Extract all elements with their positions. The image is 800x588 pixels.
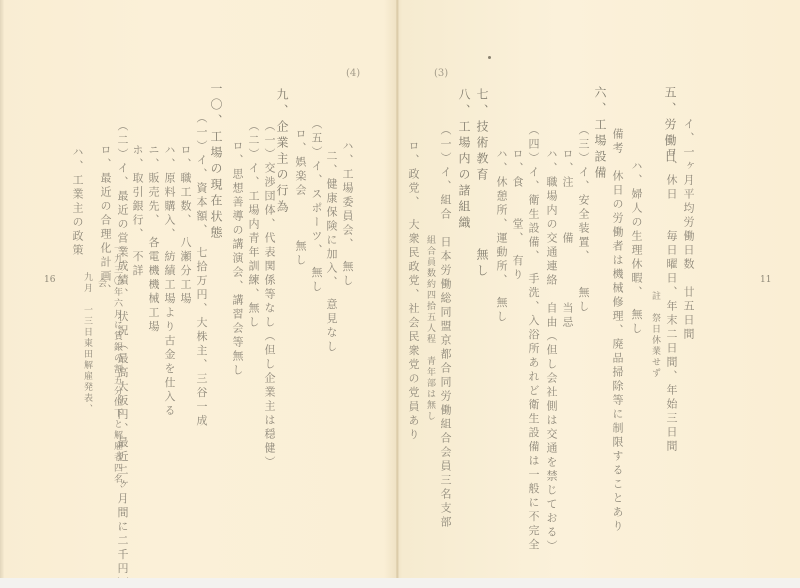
left-col-13: ホ、取引銀行、 不詳 <box>132 144 143 279</box>
document-spread: (3) 五、労働日 イ、一ヶ月平均労働日数 廿五日間 ロ、休日 毎日曜日、年末二… <box>0 0 800 578</box>
section-10-heading: 一〇、工場の現在状態 <box>210 82 222 242</box>
right-col-1: イ、一ヶ月平均労働日数 廿五日間 <box>683 118 694 342</box>
left-col-11: ハ、原料購入、 紡績工場より古金を仕入る <box>164 144 175 419</box>
left-col-1: 二、健康保険に加入、 意見なし <box>326 150 337 355</box>
left-col-17: 会 <box>96 234 105 289</box>
left-col-3: ロ、娯楽会 無し <box>295 128 306 268</box>
right-col-11: ロ、食 堂、 有り <box>512 148 523 283</box>
scan-margin <box>0 578 800 588</box>
left-col-7: ロ、思想善導の講演会、講習会等無し <box>232 140 243 378</box>
edge-mark-left: 16 <box>44 275 55 285</box>
left-col-10: ロ、職工数、 八瀬分工場 <box>180 144 191 307</box>
section-7-heading: 七、技術教育 無し <box>476 88 488 280</box>
left-col-6: （二）イ、工場内青年訓練、無し <box>248 120 259 330</box>
right-col-15: （一）イ、組合 日本労働総同盟京都合同労働組合会員三名支部 <box>440 124 451 530</box>
section-6-heading: 六、工場設備 <box>594 86 606 182</box>
left-col-12: ニ、販売先、 各電機機械工場 <box>148 144 159 335</box>
pencil-dot <box>488 56 491 59</box>
edge-mark-right: 11 <box>760 275 771 285</box>
left-col-0: ハ、工場委員会、 無し <box>342 140 353 289</box>
left-col-19: ハ、工業主の政策 <box>72 146 83 258</box>
center-fold <box>396 0 399 578</box>
right-col-4: ハ、婦人の生理休暇、 無し <box>631 160 642 337</box>
right-col-10: （四）イ、衛生設備、 手洗、入浴所あれど衛生設備は一般に不完全 <box>528 124 539 553</box>
left-col-16: 一九三〇年六月に賃銀の割五分位下と解雇者四名、 <box>112 232 121 496</box>
right-col-17: ロ、政党、 大衆民政党、社会民衆党の党員あり <box>408 140 419 443</box>
right-col-12: ハ、休憩所、運動所、 無し <box>496 148 507 325</box>
page-number-left: (4) <box>346 68 360 79</box>
right-col-7: （三）イ、安全装置、 無し <box>578 124 589 315</box>
right-col-16: 組合員数約四拾五人程 青年部は無し <box>425 180 434 422</box>
right-col-8: ロ、注 備 当忌 <box>562 148 573 330</box>
right-col-3: 註 祭日休業せず <box>650 225 659 379</box>
section-8-heading: 八、工場内の諸組織 <box>458 88 470 232</box>
right-col-5: 備考 休日の労働者は機械修理、廃品掃除等に制限することあり <box>612 128 623 534</box>
left-col-9: （一）イ、資本額、 七拾万円、大株主、三谷一成 <box>196 112 207 429</box>
page-number-right: (3) <box>434 68 448 79</box>
left-col-5: （一）交渉団体、代表関係等なし（但し企業主は穏健） <box>264 120 275 470</box>
right-col-2: ロ、休日 毎日曜日、年末二日間、年始三日間 <box>666 146 677 454</box>
left-col-2: （五）イ、スポーツ、 無し <box>311 118 322 295</box>
section-9-heading: 九、企業主の行為 <box>276 88 288 216</box>
page-edge <box>0 0 4 578</box>
right-col-9: ハ、職場内の交通連絡 自由（但し会社側は交通を禁じておる） <box>546 148 557 554</box>
